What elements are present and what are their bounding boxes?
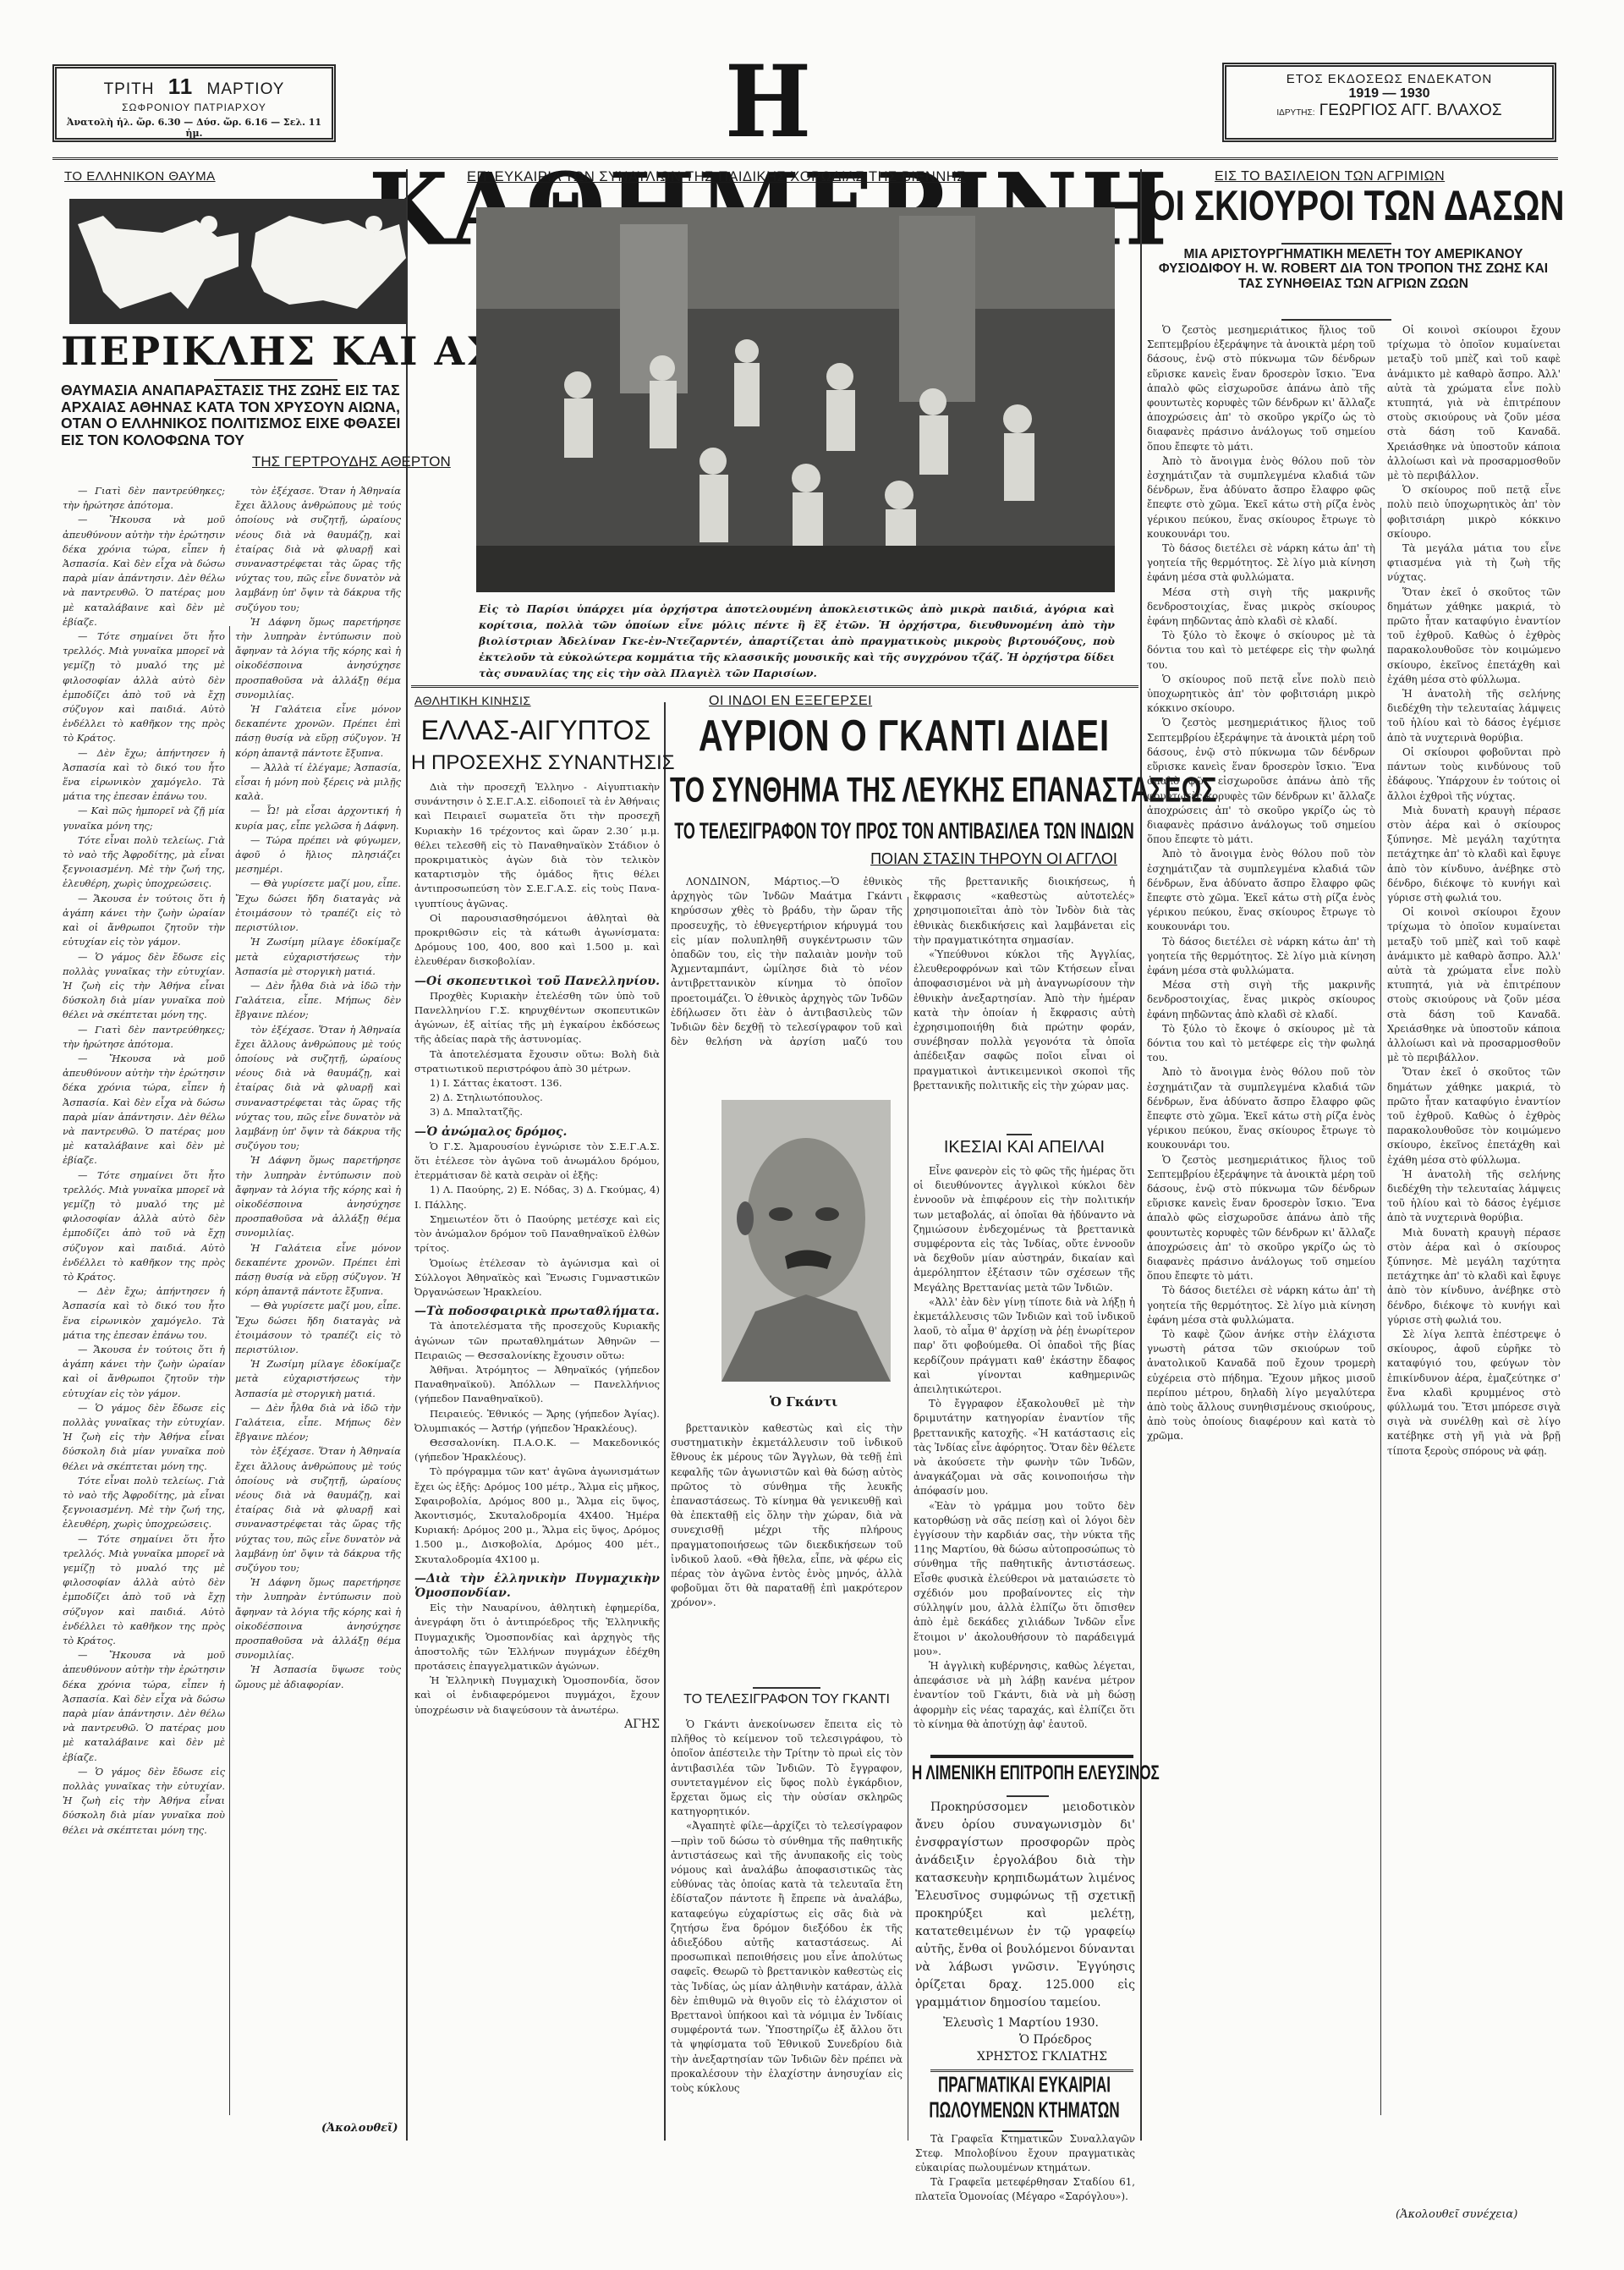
paragraph: Ὁ σκίουρος ποῦ πετᾷ εἶνε πολὺ πειὸ ὑποχω…: [1387, 483, 1561, 541]
horse-frieze-icon: [69, 199, 406, 324]
paragraph: Τὸ καφὲ ζῶον ἀνήκε στὴν ἐλάχιστα γνωστὴ …: [1147, 1327, 1375, 1444]
headline-rule: [214, 379, 337, 381]
founder-name: ΓΕΩΡΓΙΟΣ ΑΓΓ. ΒΛΑΧΟΣ: [1319, 102, 1502, 119]
paragraph: — Ἤκουσα νὰ μοῦ ἀπευθύνουν αὐτὴν τὴν ἐρώ…: [63, 513, 225, 629]
paragraph: «Ὑπεύθυνοι κύκλοι τῆς Ἀγγλίας, ἐλευθεροφ…: [913, 948, 1135, 1093]
paragraph: — Ὁ γάμος δὲν ἔδωσε εἰς πολλὰς γυναῖκας …: [63, 1765, 225, 1838]
paragraph: Ἡ Γαλάτεια εἶνε μόνον δεκαπέντε χρονῶν. …: [235, 1241, 401, 1300]
paragraph: — Γιατὶ δὲν παντρεύθηκες; τὴν ἠρώτησε ἀπ…: [63, 484, 225, 513]
newspaper-title: Η ΚΑΘΗΜΕΡΙΝΗ: [364, 48, 1176, 156]
sports-headline: ΕΛΛΑΣ-ΑΙΓΥΠΤΟΣ: [411, 715, 661, 746]
paragraph: — Γιατὶ δὲν παντρεύθηκες; τὴν ἠρώτησε ἀπ…: [63, 1023, 225, 1052]
masthead-rule: [52, 157, 1558, 160]
paragraph: Ἡ Δάφνη ὅμως παρετήρησε τὴν λυπηρὰν ἐντύ…: [235, 1575, 401, 1663]
paragraph: Τὰ Γραφεῖα μετεφέρθησαν Σταδίου 61, πλατ…: [915, 2175, 1135, 2204]
sports-subheadline: Η ΠΡΟΣΕΧΗΣ ΣΥΝΑΝΤΗΣΙΣ: [411, 751, 661, 775]
paragraph: — Ὁ γάμος δὲν ἔδωσε εἰς πολλὰς γυναῖκας …: [63, 950, 225, 1023]
paragraph: Μέσα στὴ σιγὴ τῆς μακρινῆς δενδροστοιχία…: [1147, 585, 1375, 629]
weekday: ΤΡΙΤΗ: [104, 80, 155, 98]
almanac-line: Ἀνατολὴ ἡλ. ὥρ. 6.30 — Δύσ. ὥρ. 6.16 — Σ…: [65, 117, 323, 139]
greek-horsemen-illustration: [69, 199, 406, 324]
paragraph: — Τότε σημαίνει ὅτι ἦτο τρελλός. Μιὰ γυν…: [63, 1532, 225, 1649]
column-divider: [908, 897, 908, 2141]
divider: [1007, 1795, 1049, 1797]
paragraph: Μέσα στὴ σιγὴ τῆς μακρινῆς δενδροστοιχία…: [1147, 978, 1375, 1022]
result-row: 3) Δ. Μπαλτατζῆς.: [414, 1105, 660, 1119]
section-rule: [411, 685, 1138, 688]
paragraph: Διὰ τὴν προσεχῆ Ἑλληνο - Αἰγυπτιακὴν συν…: [414, 780, 660, 911]
paragraph: Οἱ κοινοὶ σκίουροι ἔχουν τρίχωμα τὸ ὁποῖ…: [1387, 323, 1561, 483]
author-signature: ΑΓΗΣ: [414, 1718, 660, 1732]
paragraph: — Δὲν ἔχω; ἀπήντησεν ἡ Ἀσπασία καὶ τὸ δι…: [63, 1284, 225, 1343]
paragraph: Ἡ Δάφνη ὅμως παρετήρησε τὴν λυπηρὰν ἐντύ…: [235, 1153, 401, 1240]
paragraph: Μιὰ δυνατὴ κραυγὴ πέρασε στὸν ἀέρα καὶ ὁ…: [1387, 804, 1561, 905]
paragraph: Ἀπὸ τὸ ἄνοιγμα ἑνὸς θόλου ποῦ τὸν ἐσχημά…: [1147, 1065, 1375, 1152]
paragraph: — Ἀλλὰ τί ἐλέγαμε; Ἀσπασία, εἶσαι ἡ μόνη…: [235, 761, 401, 805]
orchestra-kicker: ΕΠ' ΕΥΚΑΙΡΙΑ ΤΩΝ ΣΥΝΑΥΛΙΩΝ ΤΗΣ ΠΑΙΔΙΚΗΣ …: [467, 169, 966, 185]
section-title-pleas-threats: ΙΚΕΣΙΑΙ ΚΑΙ ΑΠΕΙΛΑΙ: [913, 1138, 1135, 1157]
paragraph: — Τώρα πρέπει νὰ φύγωμεν, ἀφοῦ ὁ ἥλιος π…: [235, 833, 401, 877]
section-title: —Οἱ σκοπευτικοὶ τοῦ Πανελληνίου.: [414, 975, 660, 989]
paragraph: Οἱ σκίουροι φοβοῦνται πρὸ πάντων τοὺς κι…: [1387, 745, 1561, 804]
paragraph: Ἡ ἀγγλικὴ κυβέρνησις, καθὼς λέγεται, ἀπε…: [913, 1659, 1135, 1731]
paragraph: Τὸ πρόγραμμα τῶν κατ' ἀγῶνα ἀγωνισμάτων …: [414, 1465, 660, 1566]
paragraph: Τὸ ξύλο τὸ ἔκοψε ὁ σκίουρος μὲ τὰ δόντια…: [1147, 629, 1375, 673]
paragraph: Ἀπὸ τὸ ἄνοιγμα ἑνὸς θόλου ποῦ τὸν ἐσχημά…: [1147, 454, 1375, 541]
notice-signatory-role: Ὁ Πρόεδρος: [1019, 2033, 1092, 2047]
gandhi-column-1-bottom: βρεττανικὸν καθεστὼς καὶ εἰς τὴν συστημα…: [671, 1421, 903, 1675]
section-title: —Τὰ ποδοσφαιρικὰ πρωταθλήματα.: [414, 1305, 660, 1319]
paragraph: Τὰ μεγάλα μάτια του εἶνε φτιασμένα γιὰ τ…: [1387, 541, 1561, 585]
continued-note: (Ἀκολουθεῖ συνέχεια): [1396, 2208, 1517, 2221]
paragraph: Ἡ Γαλάτεια εἶνε μόνον δεκαπέντε χρονῶν. …: [235, 702, 401, 761]
gandhi-deck: ΤΟ ΤΕΛΕΣΙΓΡΑΦΟΝ ΤΟΥ ΠΡΟΣ ΤΟΝ ΑΝΤΙΒΑΣΙΛΕΑ…: [670, 818, 1138, 845]
paragraph: Ὅταν ἐκεῖ ὁ σκοῦτος τῶν δημάτων χάθηκε μ…: [1387, 585, 1561, 687]
paragraph: Ἀπὸ τὸ ἄνοιγμα ἑνὸς θόλου ποῦ τὸν ἐσχημά…: [1147, 847, 1375, 934]
paragraph: 1) Λ. Παούρης, 2) Ε. Νόδας, 3) Δ. Γκούμα…: [414, 1183, 660, 1212]
gandhi-kicker: ΟΙ ΙΝΔΟΙ ΕΝ ΕΞΕΓΕΡΣΕΙ: [709, 694, 872, 709]
orchestra-caption: Εἰς τὸ Παρίσι ὑπάρχει μία ὀρχήστρα ἀποτε…: [479, 601, 1115, 681]
paragraph: Τὰ ἀποτελέσματα ἔχουσιν οὕτω: Βολὴ διὰ σ…: [414, 1047, 660, 1076]
paragraph: Ὁ ζεστὸς μεσημεριάτικος ἥλιος τοῦ Σεπτεμ…: [1147, 1153, 1375, 1284]
eleusis-notice-title: Η ΛΙΜΕΝΙΚΗ ΕΠΙΤΡΟΠΗ ΕΛΕΥΣΙΝΟΣ: [912, 1762, 1137, 1785]
orchestra-photo-icon: [476, 207, 1115, 592]
squirrels-kicker: ΕΙΣ ΤΟ ΒΑΣΙΛΕΙΟΝ ΤΩΝ ΑΓΡΙΜΙΩΝ: [1215, 169, 1445, 184]
continued-note: (Ἀκολουθεῖ): [321, 2122, 398, 2135]
paragraph: «Ἀλλ' ἐὰν δὲν γίνῃ τίποτε διὰ νὰ λήξῃ ἡ …: [913, 1295, 1135, 1397]
paragraph: Πειραιεύς. Ἐθνικός — Ἄρης (γήπεδον Ἀγίας…: [414, 1407, 660, 1436]
year-box: ΕΤΟΣ ΕΚΔΟΣΕΩΣ ΕΝΔΕΚΑΤΟΝ 1919 — 1930 ΙΔΡΥ…: [1222, 63, 1556, 142]
estates-ad-title-2: ΠΩΛΟΥΜΕΝΩΝ ΚΤΗΜΑΤΩΝ: [912, 2098, 1137, 2124]
publication-year-label: ΕΤΟΣ ΕΚΔΟΣΕΩΣ ΕΝΔΕΚΑΤΟΝ: [1235, 72, 1544, 86]
paragraph: Οἱ παρουσιασθησόμενοι ἀθληταὶ θὰ προκριθ…: [414, 911, 660, 970]
paragraph: Ὁ Γ.Σ. Ἀμαρουσίου ἐγνώρισε τὸν Σ.Ε.Γ.Α.Σ…: [414, 1140, 660, 1184]
publication-years: 1919 — 1930: [1235, 86, 1544, 102]
gandhi-portrait-photo: [721, 1100, 891, 1382]
pericles-kicker: ΤΟ ΕΛΛΗΝΙΚΟΝ ΘΑΥΜΑ: [64, 169, 216, 184]
paragraph: Τὸ δάσος διετέλει σὲ νάρκη κάτω ἀπ' τὴ γ…: [1147, 541, 1375, 585]
notice-rule: [930, 2069, 1133, 2072]
paragraph: τὸν ἐξέχασε. Ὅταν ἡ Ἀθηναία ἔχει ἄλλους …: [235, 484, 401, 615]
squirrels-deck: ΜΙΑ ΑΡΙΣΤΟΥΡΓΗΜΑΤΙΚΗ ΜΕΛΕΤΗ ΤΟΥ ΑΜΕΡΙΚΑΝ…: [1155, 247, 1552, 291]
headline-rule: [1281, 243, 1391, 245]
paragraph: Τότε εἶναι πολὺ τελείως. Γιὰ τὸ ναὸ τῆς …: [63, 1474, 225, 1532]
sports-column: Διὰ τὴν προσεχῆ Ἑλληνο - Αἰγυπτιακὴν συν…: [414, 780, 660, 2142]
paragraph: Ὅταν ἐκεῖ ὁ σκοῦτος τῶν δημάτων χάθηκε μ…: [1387, 1065, 1561, 1167]
paragraph: — Θὰ γυρίσετε μαζί μου, εἶπε. Ἔχω δώσει …: [235, 877, 401, 935]
paragraph: — Δὲν ἦλθα διὰ νὰ ἰδῶ τὴν Γαλάτεια, εἶπε…: [235, 1401, 401, 1445]
paragraph: — Τότε σημαίνει ὅτι ἦτο τρελλός. Μιὰ γυν…: [63, 1168, 225, 1285]
gandhi-headline-line1: ΑΥΡΙΟΝ Ο ΓΚΑΝΤΙ ΔΙΔΕΙ: [670, 712, 1138, 761]
notice-rule: [930, 1755, 1133, 1758]
paragraph: Ἡ ἀνατολὴ τῆς σελήνης διεδέχθη τὴν τελευ…: [1387, 687, 1561, 745]
notice-date: Ἐλευσὶς 1 Μαρτίου 1930.: [943, 2016, 1099, 2030]
paragraph: Τότε εἶναι πολὺ τελείως. Γιὰ τὸ ναὸ τῆς …: [63, 833, 225, 892]
gandhi-headline-line2: ΤΟ ΣΥΝΘΗΜΑ ΤΗΣ ΛΕΥΚΗΣ ΕΠΑΝΑΣΤΑΣΕΩΣ: [670, 771, 1138, 811]
children-orchestra-photo: [476, 207, 1115, 592]
gandhi-column-2: τῆς βρεττανικῆς διοικήσεως, ἡ ἔκφρασις «…: [913, 875, 1135, 1213]
estates-ad-title-1: ΠΡΑΓΜΑΤΙΚΑΙ ΕΥΚΑΙΡΙΑΙ: [912, 2073, 1137, 2098]
paragraph: Ἀθῆναι. Ἀτρόμητος — Ἀθηναϊκός (γήπεδον Π…: [414, 1363, 660, 1407]
deck-rule: [1281, 319, 1391, 321]
paragraph: Μιὰ δυνατὴ κραυγὴ πέρασε στὸν ἀέρα καὶ ὁ…: [1387, 1226, 1561, 1327]
column-divider: [1380, 508, 1381, 2115]
paragraph: Τὰ Γραφεῖα Κτηματικῶν Συναλλαγῶν Στεφ. Μ…: [915, 2132, 1135, 2175]
notice-signatory-name: ΧΡΗΣΤΟΣ ΓΚΛΙΑΤΗΣ: [977, 2050, 1107, 2064]
result-row: 1) Ι. Σάττας ἑκατοστ. 136.: [414, 1076, 660, 1091]
pericles-column-1: — Γιατὶ δὲν παντρεύθηκες; τὴν ἠρώτησε ἀπ…: [63, 484, 225, 2149]
paragraph: — Ὦ! μὰ εἶσαι ἀρχοντική ἡ κυρία μας, εἶπ…: [235, 804, 401, 833]
gandhi-column-1-top: ΛΟΝΔΙΝΟΝ, Μάρτιος.—Ὁ ἐθνικὸς ἀρχηγὸς τῶν…: [671, 875, 903, 1046]
squirrels-column-1: Ὁ ζεστὸς μεσημεριάτικος ἥλιος τοῦ Σεπτεμ…: [1147, 323, 1375, 2125]
sports-kicker: ΑΘΛΗΤΙΚΗ ΚΙΝΗΣΙΣ: [414, 694, 531, 707]
saint-of-day: ΣΩΦΡΟΝΙΟΥ ΠΑΤΡΙΑΡΧΟΥ: [65, 102, 323, 113]
founder-line: ΙΔΡΥΤΗΣ: ΓΕΩΡΓΙΟΣ ΑΓΓ. ΒΛΑΧΟΣ: [1235, 102, 1544, 120]
paragraph: Ὁ σκίουρος ποῦ πετᾷ εἶνε πολὺ πειὸ ὑποχω…: [1147, 673, 1375, 717]
column-divider: [229, 626, 230, 2115]
result-row: 2) Δ. Στηλιωτόπουλος.: [414, 1091, 660, 1105]
pericles-byline: ΤΗΣ ΓΕΡΤΡΟΥΔΗΣ ΑΘΕΡΤΟΝ: [252, 453, 451, 470]
paragraph: Ὁ Γκάντι ἀνεκοίνωσεν ἔπειτα εἰς τὸ πλῆθο…: [671, 1718, 903, 1819]
paragraph: — Ἤκουσα νὰ μοῦ ἀπευθύνουν αὐτὴν τὴν ἐρώ…: [63, 1648, 225, 1765]
gandhi-subdeck: ΠΟΙΑΝ ΣΤΑΣΙΝ ΤΗΡΟΥΝ ΟΙ ΑΓΓΛΟΙ: [854, 850, 1133, 868]
eleusis-notice-body: Προκηρύσσομεν μειοδοτικὸν ἄνευ ὁρίου συν…: [915, 1799, 1135, 2010]
paragraph: Εἰς τὴν Ναυαρίνου, ἀθλητικὴ ἐφημερίδα, ἀ…: [414, 1601, 660, 1674]
paragraph: «Ἀγαπητὲ φίλε—ἀρχίζει τὸ τελεσίγραφον—πρ…: [671, 1819, 903, 2096]
paragraph: Τὸ δάσος διετέλει σὲ νάρκη κάτω ἀπ' τὴ γ…: [1147, 935, 1375, 979]
telegram-title: ΤΟ ΤΕΛΕΣΙΓΡΑΦΟΝ ΤΟΥ ΓΚΑΝΤΙ: [671, 1692, 903, 1707]
paragraph: Σὲ λίγα λεπτὰ ἐπέστρεψε ὁ σκίουρος, ἀφοῦ…: [1387, 1327, 1561, 1459]
paragraph: Ὁ ζεστὸς μεσημεριάτικος ἥλιος τοῦ Σεπτεμ…: [1147, 323, 1375, 454]
paragraph: Εἶνε φανερὸν εἰς τὸ φῶς τῆς ἡμέρας ὅτι ο…: [913, 1164, 1135, 1295]
paragraph: Θεσσαλονίκη. Π.Α.Ο.Κ. — Μακεδονικός (γήπ…: [414, 1436, 660, 1465]
paragraph: — Τότε σημαίνει ὅτι ἦτο τρελλός. Μιὰ γυν…: [63, 629, 225, 746]
pericles-column-2: τὸν ἐξέχασε. Ὅταν ἡ Ἀθηναία ἔχει ἄλλους …: [235, 484, 401, 2107]
date-box: ΤΡΙΤΗ 11 ΜΑΡΤΙΟΥ ΣΩΦΡΟΝΙΟΥ ΠΑΤΡΙΑΡΧΟΥ Ἀν…: [52, 64, 336, 142]
paragraph: — Δὲν ἦλθα διὰ νὰ ἰδῶ τὴν Γαλάτεια, εἶπε…: [235, 979, 401, 1023]
date-line: ΤΡΙΤΗ 11 ΜΑΡΤΙΟΥ: [65, 74, 323, 100]
divider: [753, 1687, 820, 1689]
paragraph: Προκηρύσσομεν μειοδοτικὸν ἄνευ ὁρίου συν…: [915, 1799, 1135, 2010]
paragraph: βρεττανικὸν καθεστὼς καὶ εἰς τὴν συστημα…: [671, 1421, 903, 1611]
column-divider: [664, 702, 666, 2141]
paragraph: τὸν ἐξέχασε. Ὅταν ἡ Ἀθηναία ἔχει ἄλλους …: [235, 1444, 401, 1575]
paragraph: — Δὲν ἔχω; ἀπήντησεν ἡ Ἀσπασία καὶ τὸ δι…: [63, 746, 225, 805]
squirrels-headline: ΟΙ ΣΚΙΟΥΡΟΙ ΤΩΝ ΔΑΣΩΝ: [1145, 183, 1568, 230]
date-number: 11: [168, 74, 194, 99]
paragraph: Τὰ ἀποτελέσματα τῆς προσεχοῦς Κυριακῆς ἀ…: [414, 1319, 660, 1363]
paragraph: Προχθὲς Κυριακὴν ἐτελέσθη τῶν ὑπὸ τοῦ Πα…: [414, 989, 660, 1047]
paragraph: Ἡ Δάφνη ὅμως παρετήρησε τὴν λυπηρὰν ἐντύ…: [235, 615, 401, 702]
paragraph: Ἡ Ζωσίμη μίλαγε ἐδοκίμαζε μετὰ εὐχαριστή…: [235, 1357, 401, 1401]
month: ΜΑΡΤΙΟΥ: [207, 80, 285, 98]
paragraph: — Ἄκουσα ἐν τούτοις ὅτι ἡ ἀγάπη κάνει τὴ…: [63, 892, 225, 950]
paragraph: Ἡ Ἑλληνικὴ Πυγμαχικὴ Ὁμοσπονδία, ὅσον κα…: [414, 1674, 660, 1718]
paragraph: τὸν ἐξέχασε. Ὅταν ἡ Ἀθηναία ἔχει ἄλλους …: [235, 1023, 401, 1154]
column-divider: [1140, 169, 1142, 2141]
pericles-headline: ΠΕΡΙΚΛΗΣ ΚΑΙ ΑΣΠΑΣΙΑ: [61, 328, 406, 374]
paragraph: — Θὰ γυρίσετε μαζί μου, εἶπε. Ἔχω δώσει …: [235, 1299, 401, 1357]
paragraph: Τὸ ἔγγραφον ἐξακολουθεῖ μὲ τὴν δριμυτάτη…: [913, 1397, 1135, 1498]
paragraph: — Ἄκουσα ἐν τούτοις ὅτι ἡ ἀγάπη κάνει τὴ…: [63, 1343, 225, 1401]
telegram-column: Ὁ Γκάντι ἀνεκοίνωσεν ἔπειτα εἰς τὸ πλῆθο…: [671, 1718, 903, 2217]
paragraph: Σημειωτέον ὅτι ὁ Παούρης μετέσχε καὶ εἰς…: [414, 1212, 660, 1256]
gandhi-photo-caption: Ὁ Γκάντι: [770, 1394, 837, 1410]
gandhi-portrait-icon: [721, 1100, 891, 1382]
gandhi-column-2-body: Εἶνε φανερὸν εἰς τὸ φῶς τῆς ἡμέρας ὅτι ο…: [913, 1164, 1135, 1731]
pericles-deck: ΘΑΥΜΑΣΙΑ ΑΝΑΠΑΡΑΣΤΑΣΙΣ ΤΗΣ ΖΩΗΣ ΕΙΣ ΤΑΣ …: [61, 382, 406, 448]
estates-ad-body: Τὰ Γραφεῖα Κτηματικῶν Συναλλαγῶν Στεφ. Μ…: [915, 2132, 1135, 2208]
paragraph: Ὁμοίως ἐτέλεσαν τὸ ἀγώνισμα καὶ οἱ Σύλλο…: [414, 1256, 660, 1300]
paragraph: Ἡ Ἀσπασία ὕψωσε τοὺς ὤμους μὲ ἀδιαφορίαν…: [235, 1663, 401, 1691]
divider: [1007, 1134, 1032, 1135]
paragraph: Τὸ δάσος διετέλει σὲ νάρκη κάτω ἀπ' τὴ γ…: [1147, 1283, 1375, 1327]
founder-label: ΙΔΡΥΤΗΣ:: [1276, 108, 1314, 118]
paragraph: ΛΟΝΔΙΝΟΝ, Μάρτιος.—Ὁ ἐθνικὸς ἀρχηγὸς τῶν…: [671, 875, 903, 1046]
paragraph: — Ὁ γάμος δὲν ἔδωσε εἰς πολλὰς γυναῖκας …: [63, 1401, 225, 1474]
paragraph: τῆς βρεττανικῆς διοικήσεως, ἡ ἔκφρασις «…: [913, 875, 1135, 948]
section-title: —Ὁ ἀνώμαλος δρόμος.: [414, 1125, 660, 1140]
paragraph: — Ἤκουσα νὰ μοῦ ἀπευθύνουν αὐτὴν τὴν ἐρώ…: [63, 1052, 225, 1168]
paragraph: Οἱ κοινοὶ σκίουροι ἔχουν τρίχωμα τὸ ὁποῖ…: [1387, 905, 1561, 1065]
paragraph: Ἡ ἀνατολὴ τῆς σελήνης διεδέχθη τὴν τελευ…: [1387, 1168, 1561, 1226]
paragraph: Ὁ ζεστὸς μεσημεριάτικος ἥλιος τοῦ Σεπτεμ…: [1147, 716, 1375, 847]
paragraph: «Ἐὰν τὸ γράμμα μου τοῦτο δὲν κατορθώσῃ ν…: [913, 1499, 1135, 1659]
squirrels-column-2: Οἱ κοινοὶ σκίουροι ἔχουν τρίχωμα τὸ ὁποῖ…: [1387, 323, 1561, 2134]
paragraph: Ἡ Ζωσίμη μίλαγε ἐδοκίμαζε μετὰ εὐχαριστή…: [235, 935, 401, 979]
section-title: —Διὰ τὴν ἑλληνικὴν Πυγμαχικὴν Ὁμοσπονδία…: [414, 1572, 660, 1601]
paragraph: — Καὶ πῶς ἠμπορεῖ νὰ ζῇ μία γυναῖκα μόνη…: [63, 804, 225, 833]
paragraph: Τὸ ξύλο τὸ ἔκοψε ὁ σκίουρος μὲ τὰ δόντια…: [1147, 1022, 1375, 1066]
